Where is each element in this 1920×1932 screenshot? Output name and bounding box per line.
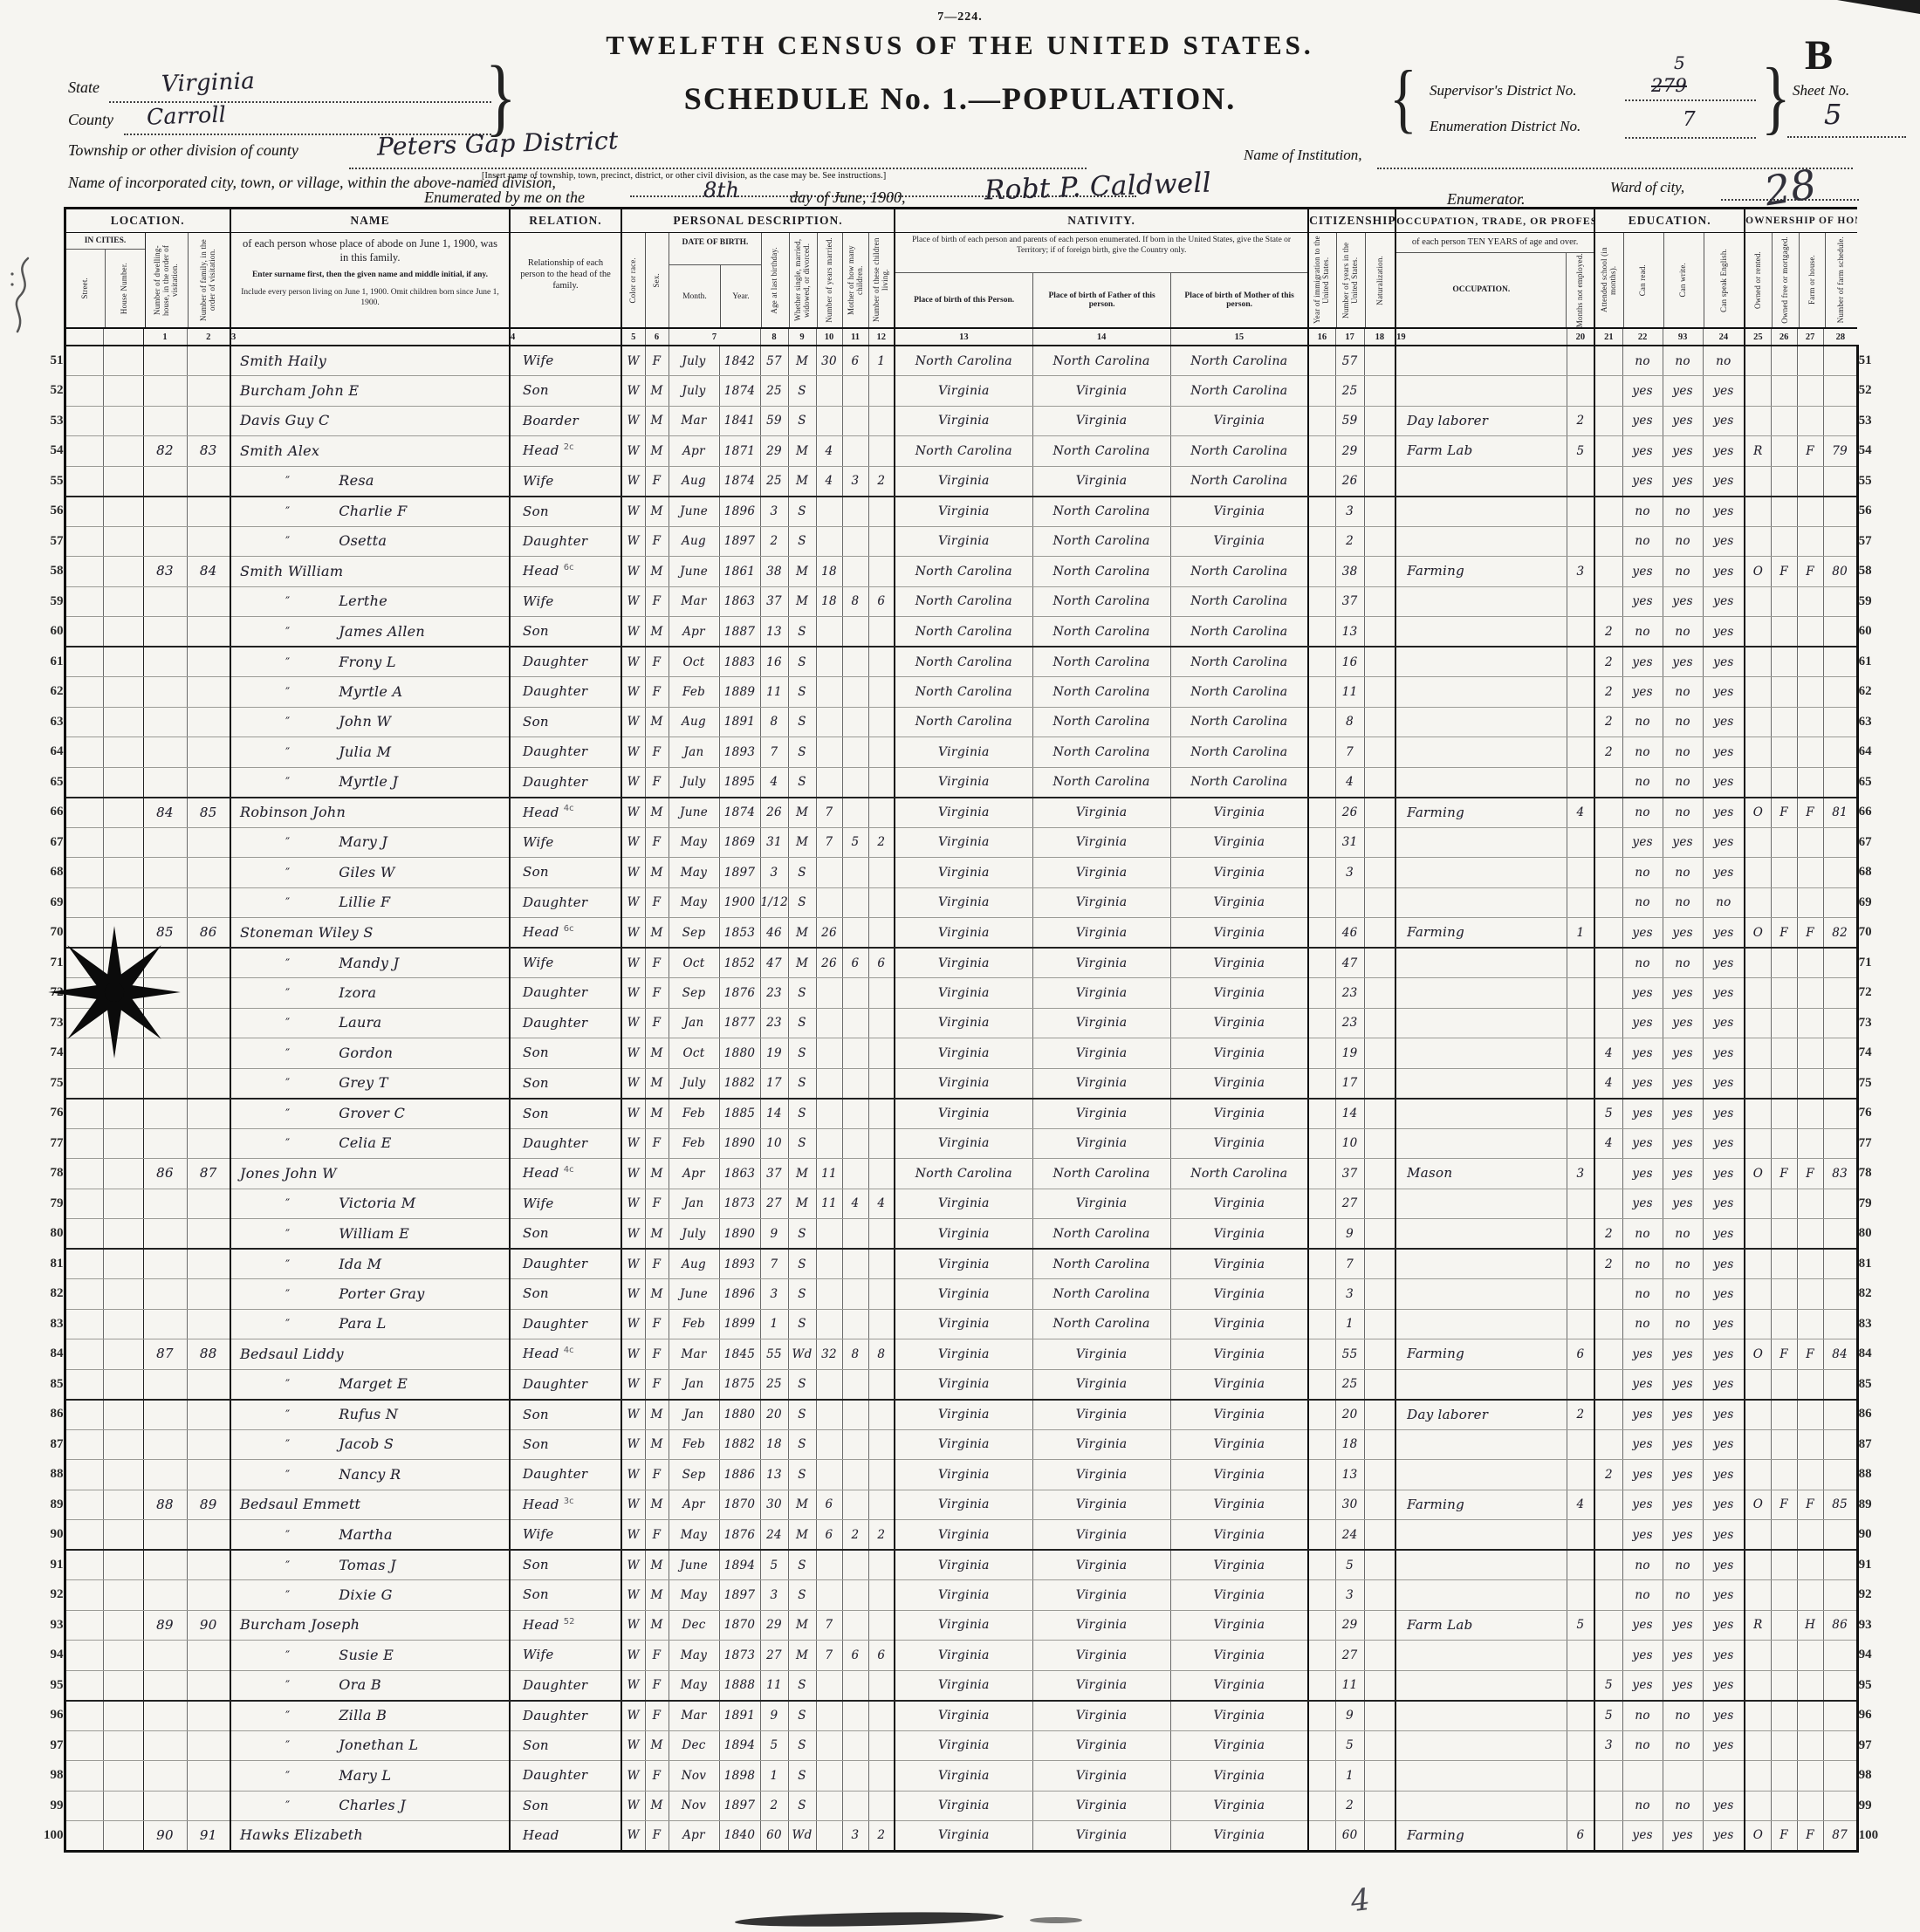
cell-months-not-employed xyxy=(1567,1761,1594,1792)
cell-owned-rented xyxy=(1745,1730,1771,1761)
table-row: 63″John WSonWMAug18918SNorth CarolinaNor… xyxy=(31,707,1890,737)
cell-children-living xyxy=(868,1610,895,1641)
cell-immigration-year xyxy=(1308,466,1335,497)
cell-can-write: no xyxy=(1663,767,1703,798)
cell-pob-mother: Virginia xyxy=(1170,1189,1308,1219)
cell-farm-or-house xyxy=(1797,1038,1823,1069)
supervisor-label: Supervisor's District No. xyxy=(1430,82,1576,99)
cell-pob-mother: North Carolina xyxy=(1170,647,1308,677)
cell-dwelling-number: 89 xyxy=(143,1610,187,1641)
cell-months-not-employed xyxy=(1567,466,1594,497)
cell-months-not-employed xyxy=(1567,647,1594,677)
scan-corner-artifact xyxy=(1837,0,1920,14)
cell-pob-father: North Carolina xyxy=(1032,647,1170,677)
name-note-2: Enter surname first, then the given name… xyxy=(231,266,509,283)
cell-family-number xyxy=(187,1038,230,1069)
line-number: 55 xyxy=(31,466,65,497)
cell-age: 7 xyxy=(760,737,788,768)
cell-can-read: yes xyxy=(1622,978,1663,1009)
cell-farm-or-house xyxy=(1797,526,1823,557)
header-occupation: OCCUPATION, TRADE, OR PROFESSION of each… xyxy=(1395,209,1594,329)
cell-occupation xyxy=(1395,526,1567,557)
cell-birth-month: Apr xyxy=(669,1159,719,1189)
cell-dwelling-number xyxy=(143,1068,187,1099)
cell-mother-of-children xyxy=(842,918,868,949)
cell-relation: Daughter xyxy=(510,1008,621,1038)
cell-owned-free xyxy=(1771,1429,1797,1460)
cell-marital-status: M xyxy=(788,1610,816,1641)
column-number: 18 xyxy=(1364,328,1395,346)
cell-years-in-us: 7 xyxy=(1335,1249,1364,1279)
cell-pob-mother: North Carolina xyxy=(1170,346,1308,376)
cell-immigration-year xyxy=(1308,1821,1335,1852)
cell-pob-person: North Carolina xyxy=(895,586,1032,617)
cell-street xyxy=(65,858,103,888)
cell-family-number xyxy=(187,887,230,918)
cell-name: ″Lerthe xyxy=(230,586,510,617)
cell-years-in-us: 37 xyxy=(1335,586,1364,617)
cell-pob-mother: North Carolina xyxy=(1170,586,1308,617)
cell-color-race: W xyxy=(621,1701,645,1731)
cell-owned-free: F xyxy=(1771,1821,1797,1852)
cell-years-in-us: 11 xyxy=(1335,677,1364,708)
cell-age: 1/12 xyxy=(760,887,788,918)
dob-title: DATE OF BIRTH. xyxy=(669,233,761,265)
cell-pob-person: Virginia xyxy=(895,1400,1032,1430)
cell-can-write: no xyxy=(1663,497,1703,527)
cell-mother-of-children xyxy=(842,376,868,407)
cell-can-speak-english: yes xyxy=(1703,1580,1745,1611)
cell-can-read: yes xyxy=(1622,557,1663,587)
cell-name: ″Susie E xyxy=(230,1641,510,1671)
cell-relation: Son xyxy=(510,1400,621,1430)
cell-occupation xyxy=(1395,1279,1567,1310)
cell-birth-month: May xyxy=(669,858,719,888)
column-number: 8 xyxy=(760,328,788,346)
cell-pob-person: Virginia xyxy=(895,1761,1032,1792)
cell-immigration-year xyxy=(1308,1339,1335,1370)
column-number xyxy=(103,328,143,346)
cell-pob-person: Virginia xyxy=(895,1099,1032,1129)
cell-name: ″Gordon xyxy=(230,1038,510,1069)
column-number: 9 xyxy=(788,328,816,346)
cell-birth-month: June xyxy=(669,557,719,587)
cell-can-write: no xyxy=(1663,526,1703,557)
cell-children-living xyxy=(868,1761,895,1792)
cell-pob-person: Virginia xyxy=(895,1550,1032,1580)
cell-farm-or-house xyxy=(1797,1761,1823,1792)
cell-naturalization xyxy=(1364,918,1395,949)
cell-mother-of-children xyxy=(842,1490,868,1520)
line-number: 65 xyxy=(1857,767,1890,798)
cell-name: Hawks Elizabeth xyxy=(230,1821,510,1852)
cell-dwelling-number xyxy=(143,1641,187,1671)
cell-color-race: W xyxy=(621,1550,645,1580)
cell-relation: Daughter xyxy=(510,526,621,557)
cell-occupation xyxy=(1395,376,1567,407)
cell-family-number xyxy=(187,948,230,978)
cell-dwelling-number xyxy=(143,1189,187,1219)
table-row: 99″Charles JSonWMNov18972SVirginiaVirgin… xyxy=(31,1791,1890,1821)
cell-farm-schedule: 81 xyxy=(1823,798,1857,828)
cell-attended-school xyxy=(1594,1429,1622,1460)
cell-color-race: W xyxy=(621,978,645,1009)
cell-years-married xyxy=(816,497,842,527)
cell-birth-month: May xyxy=(669,1670,719,1701)
cell-farm-schedule xyxy=(1823,677,1857,708)
cell-attended-school xyxy=(1594,436,1622,467)
cell-pob-mother: Virginia xyxy=(1170,1339,1308,1370)
cell-owned-rented xyxy=(1745,1279,1771,1310)
line-number: 67 xyxy=(1857,827,1890,858)
cell-birth-month: Mar xyxy=(669,406,719,436)
cell-mother-of-children: 6 xyxy=(842,346,868,376)
cell-naturalization xyxy=(1364,1159,1395,1189)
cell-pob-person: Virginia xyxy=(895,1219,1032,1250)
cell-months-not-employed xyxy=(1567,1730,1594,1761)
cell-occupation xyxy=(1395,466,1567,497)
cell-can-speak-english: yes xyxy=(1703,677,1745,708)
cell-can-read: no xyxy=(1622,737,1663,768)
table-row: 59″LertheWifeWFMar186337M1886North Carol… xyxy=(31,586,1890,617)
cell-family-number: 90 xyxy=(187,1610,230,1641)
cell-dwelling-number xyxy=(143,1730,187,1761)
cell-can-speak-english: yes xyxy=(1703,1730,1745,1761)
cell-color-race: W xyxy=(621,1099,645,1129)
line-number: 92 xyxy=(31,1580,65,1611)
cell-birth-year: 1840 xyxy=(719,1821,760,1852)
cell-pob-person: Virginia xyxy=(895,1429,1032,1460)
header-years-in-us: Number of years in the United States. xyxy=(1336,233,1365,327)
cell-street xyxy=(65,798,103,828)
cell-years-in-us: 30 xyxy=(1335,1490,1364,1520)
cell-pob-mother: Virginia xyxy=(1170,1460,1308,1490)
cell-name: ″Izora xyxy=(230,978,510,1009)
cell-dwelling-number: 83 xyxy=(143,557,187,587)
line-number: 84 xyxy=(1857,1339,1890,1370)
cell-owned-free xyxy=(1771,677,1797,708)
cell-name: Smith William xyxy=(230,557,510,587)
cell-years-married xyxy=(816,1730,842,1761)
cell-street xyxy=(65,436,103,467)
cell-farm-or-house: F xyxy=(1797,1339,1823,1370)
cell-naturalization xyxy=(1364,406,1395,436)
cell-pob-person: North Carolina xyxy=(895,677,1032,708)
cell-farm-schedule xyxy=(1823,1761,1857,1792)
cell-occupation: Farming xyxy=(1395,557,1567,587)
cell-birth-month: Nov xyxy=(669,1761,719,1792)
cell-years-married xyxy=(816,978,842,1009)
line-number: 59 xyxy=(31,586,65,617)
cell-owned-rented xyxy=(1745,466,1771,497)
cell-birth-year: 1876 xyxy=(719,1520,760,1551)
cell-house-number xyxy=(103,1641,143,1671)
cell-farm-or-house: F xyxy=(1797,1821,1823,1852)
cell-farm-or-house xyxy=(1797,647,1823,677)
cell-can-read: yes xyxy=(1622,1068,1663,1099)
cell-pob-mother: Virginia xyxy=(1170,858,1308,888)
line-number: 72 xyxy=(1857,978,1890,1009)
cell-occupation xyxy=(1395,1369,1567,1400)
header-citizenship: CITIZENSHIP. Year of immigration to the … xyxy=(1308,209,1395,329)
header-pob-person: Place of birth of this Person. xyxy=(895,273,1032,327)
cell-pob-mother: North Carolina xyxy=(1170,436,1308,467)
cell-can-speak-english: yes xyxy=(1703,1490,1745,1520)
cell-can-write: yes xyxy=(1663,647,1703,677)
cell-relation: Son xyxy=(510,1068,621,1099)
cell-relation: Son xyxy=(510,497,621,527)
cell-naturalization xyxy=(1364,1670,1395,1701)
cell-pob-father: Virginia xyxy=(1032,1339,1170,1370)
cell-street xyxy=(65,1128,103,1159)
cell-months-not-employed xyxy=(1567,1520,1594,1551)
cell-attended-school xyxy=(1594,1791,1622,1821)
cell-owned-rented xyxy=(1745,1128,1771,1159)
line-number: 75 xyxy=(31,1068,65,1099)
cell-owned-free xyxy=(1771,1610,1797,1641)
cell-occupation xyxy=(1395,978,1567,1009)
enumeration-label: Enumeration District No. xyxy=(1430,118,1581,135)
cell-attended-school xyxy=(1594,887,1622,918)
cell-marital-status: M xyxy=(788,1490,816,1520)
cell-can-write: no xyxy=(1663,617,1703,647)
cell-birth-year: 1871 xyxy=(719,436,760,467)
cell-birth-year: 1897 xyxy=(719,1580,760,1611)
cell-attended-school xyxy=(1594,1761,1622,1792)
cell-naturalization xyxy=(1364,1038,1395,1069)
cell-immigration-year xyxy=(1308,1159,1335,1189)
cell-sex: M xyxy=(645,1429,669,1460)
cell-can-speak-english: no xyxy=(1703,887,1745,918)
cell-pob-father: North Carolina xyxy=(1032,617,1170,647)
cell-house-number xyxy=(103,1339,143,1370)
cell-street xyxy=(65,1279,103,1310)
cell-pob-person: Virginia xyxy=(895,1189,1032,1219)
cell-age: 31 xyxy=(760,827,788,858)
cell-can-write: no xyxy=(1663,1580,1703,1611)
cell-owned-rented xyxy=(1745,858,1771,888)
cell-years-in-us: 37 xyxy=(1335,1159,1364,1189)
header-children-living: Number of these children living. xyxy=(868,233,894,327)
cell-years-in-us: 13 xyxy=(1335,1460,1364,1490)
cell-mother-of-children xyxy=(842,1670,868,1701)
cell-naturalization xyxy=(1364,1701,1395,1731)
cell-name: ″Resa xyxy=(230,466,510,497)
enumerator-label: Enumerator. xyxy=(1447,190,1526,209)
cell-farm-schedule xyxy=(1823,737,1857,768)
cell-attended-school xyxy=(1594,586,1622,617)
table-row: 668485Robinson JohnHead4cWMJune187426M7V… xyxy=(31,798,1890,828)
cell-pob-father: Virginia xyxy=(1032,948,1170,978)
cell-pob-father: Virginia xyxy=(1032,798,1170,828)
line-number: 57 xyxy=(1857,526,1890,557)
cell-owned-free xyxy=(1771,827,1797,858)
line-number: 91 xyxy=(1857,1550,1890,1580)
cell-immigration-year xyxy=(1308,767,1335,798)
cell-months-not-employed: 3 xyxy=(1567,557,1594,587)
cell-pob-mother: Virginia xyxy=(1170,1610,1308,1641)
cell-can-read: yes xyxy=(1622,677,1663,708)
cell-age: 13 xyxy=(760,617,788,647)
cell-attended-school xyxy=(1594,1550,1622,1580)
cell-naturalization xyxy=(1364,1400,1395,1430)
cell-immigration-year xyxy=(1308,346,1335,376)
cell-family-number xyxy=(187,737,230,768)
cell-immigration-year xyxy=(1308,1369,1335,1400)
line-number: 51 xyxy=(31,346,65,376)
cell-dwelling-number xyxy=(143,707,187,737)
cell-attended-school: 5 xyxy=(1594,1099,1622,1129)
cell-sex: M xyxy=(645,798,669,828)
cell-years-in-us: 60 xyxy=(1335,1821,1364,1852)
cell-dwelling-number xyxy=(143,1791,187,1821)
cell-color-race: W xyxy=(621,1369,645,1400)
cell-mother-of-children xyxy=(842,1610,868,1641)
cell-pob-person: Virginia xyxy=(895,1339,1032,1370)
cell-marital-status: M xyxy=(788,1520,816,1551)
cell-naturalization xyxy=(1364,677,1395,708)
cell-color-race: W xyxy=(621,1400,645,1430)
cell-marital-status: S xyxy=(788,647,816,677)
cell-can-write: no xyxy=(1663,858,1703,888)
cell-sex: F xyxy=(645,647,669,677)
line-number: 81 xyxy=(31,1249,65,1279)
table-row: 72″IzoraDaughterWFSep187623SVirginiaVirg… xyxy=(31,978,1890,1009)
cell-farm-or-house xyxy=(1797,737,1823,768)
cell-birth-month: Sep xyxy=(669,978,719,1009)
cell-can-speak-english: yes xyxy=(1703,827,1745,858)
cell-months-not-employed xyxy=(1567,1369,1594,1400)
cell-can-speak-english: yes xyxy=(1703,1550,1745,1580)
cell-owned-rented: R xyxy=(1745,436,1771,467)
cell-years-married xyxy=(816,1219,842,1250)
cell-occupation xyxy=(1395,1008,1567,1038)
cell-color-race: W xyxy=(621,1460,645,1490)
cell-relation: Daughter xyxy=(510,1701,621,1731)
cell-name: ″Mandy J xyxy=(230,948,510,978)
cell-relation: Head3c xyxy=(510,1490,621,1520)
cell-dwelling-number xyxy=(143,1099,187,1129)
cell-can-write: no xyxy=(1663,1791,1703,1821)
cell-can-write: yes xyxy=(1663,978,1703,1009)
cell-owned-free xyxy=(1771,858,1797,888)
cell-can-write: yes xyxy=(1663,1008,1703,1038)
cell-naturalization xyxy=(1364,1068,1395,1099)
cell-color-race: W xyxy=(621,1249,645,1279)
cell-marital-status: M xyxy=(788,918,816,949)
header-family-number: Number of family, in the order of visita… xyxy=(188,233,230,327)
cell-can-write: yes xyxy=(1663,586,1703,617)
cell-mother-of-children xyxy=(842,1550,868,1580)
cell-birth-year: 1870 xyxy=(719,1490,760,1520)
cell-farm-schedule xyxy=(1823,1701,1857,1731)
cell-can-write: yes xyxy=(1663,1520,1703,1551)
cell-owned-rented xyxy=(1745,647,1771,677)
cell-color-race: W xyxy=(621,1761,645,1792)
cell-birth-year: 1883 xyxy=(719,647,760,677)
cell-name: ″James Allen xyxy=(230,617,510,647)
table-row: 97″Jonethan LSonWMDec18945SVirginiaVirgi… xyxy=(31,1730,1890,1761)
cell-color-race: W xyxy=(621,526,645,557)
cell-sex: M xyxy=(645,436,669,467)
cell-family-number xyxy=(187,1520,230,1551)
line-number: 77 xyxy=(1857,1128,1890,1159)
cell-owned-free xyxy=(1771,1189,1797,1219)
cell-owned-rented: R xyxy=(1745,1610,1771,1641)
cell-owned-free: F xyxy=(1771,798,1797,828)
cell-naturalization xyxy=(1364,466,1395,497)
cell-house-number xyxy=(103,586,143,617)
cell-family-number xyxy=(187,1279,230,1310)
cell-can-speak-english: yes xyxy=(1703,526,1745,557)
cell-years-in-us: 25 xyxy=(1335,1369,1364,1400)
line-number: 61 xyxy=(1857,647,1890,677)
cell-can-read: yes xyxy=(1622,1400,1663,1430)
education-title: EDUCATION. xyxy=(1595,209,1744,233)
cell-children-living: 2 xyxy=(868,466,895,497)
cell-can-read: no xyxy=(1622,1309,1663,1339)
cell-birth-month: May xyxy=(669,1580,719,1611)
cell-color-race: W xyxy=(621,376,645,407)
table-row: 61″Frony LDaughterWFOct188316SNorth Caro… xyxy=(31,647,1890,677)
header-years-married: Number of years married. xyxy=(817,233,843,327)
cell-owned-free: F xyxy=(1771,557,1797,587)
cell-house-number xyxy=(103,1400,143,1430)
column-number: 10 xyxy=(816,328,842,346)
cell-owned-rented: O xyxy=(1745,1159,1771,1189)
cell-can-read: no xyxy=(1622,1279,1663,1310)
cell-farm-schedule xyxy=(1823,858,1857,888)
cell-can-speak-english: yes xyxy=(1703,436,1745,467)
cell-pob-father: North Carolina xyxy=(1032,557,1170,587)
cell-house-number xyxy=(103,1490,143,1520)
cell-pob-father: Virginia xyxy=(1032,1701,1170,1731)
cell-attended-school: 4 xyxy=(1594,1128,1622,1159)
cell-relation: Wife xyxy=(510,1189,621,1219)
cell-mother-of-children xyxy=(842,1400,868,1430)
cell-naturalization xyxy=(1364,827,1395,858)
column-number: 6 xyxy=(645,328,669,346)
cell-age: 20 xyxy=(760,1400,788,1430)
cell-house-number xyxy=(103,1701,143,1731)
cell-house-number xyxy=(103,1460,143,1490)
cell-mother-of-children xyxy=(842,1761,868,1792)
cell-pob-mother: Virginia xyxy=(1170,1429,1308,1460)
cell-months-not-employed xyxy=(1567,827,1594,858)
cell-birth-year: 1893 xyxy=(719,1249,760,1279)
cell-can-read: yes xyxy=(1622,1128,1663,1159)
cell-color-race: W xyxy=(621,406,645,436)
cell-pob-father: North Carolina xyxy=(1032,346,1170,376)
cell-immigration-year xyxy=(1308,948,1335,978)
cell-can-read: no xyxy=(1622,617,1663,647)
cell-farm-or-house xyxy=(1797,1369,1823,1400)
header-farm-or-house: Farm or house. xyxy=(1799,233,1826,327)
cell-children-living xyxy=(868,887,895,918)
cell-children-living xyxy=(868,1490,895,1520)
cell-family-number xyxy=(187,1219,230,1250)
cell-occupation: Farming xyxy=(1395,1490,1567,1520)
cell-pob-mother: Virginia xyxy=(1170,1068,1308,1099)
line-number: 71 xyxy=(1857,948,1890,978)
cell-marital-status: S xyxy=(788,677,816,708)
cell-years-married xyxy=(816,1400,842,1430)
cell-years-married xyxy=(816,1099,842,1129)
cell-sex: F xyxy=(645,586,669,617)
cell-farm-schedule: 79 xyxy=(1823,436,1857,467)
line-number: 73 xyxy=(1857,1008,1890,1038)
name-title: NAME xyxy=(231,209,509,233)
